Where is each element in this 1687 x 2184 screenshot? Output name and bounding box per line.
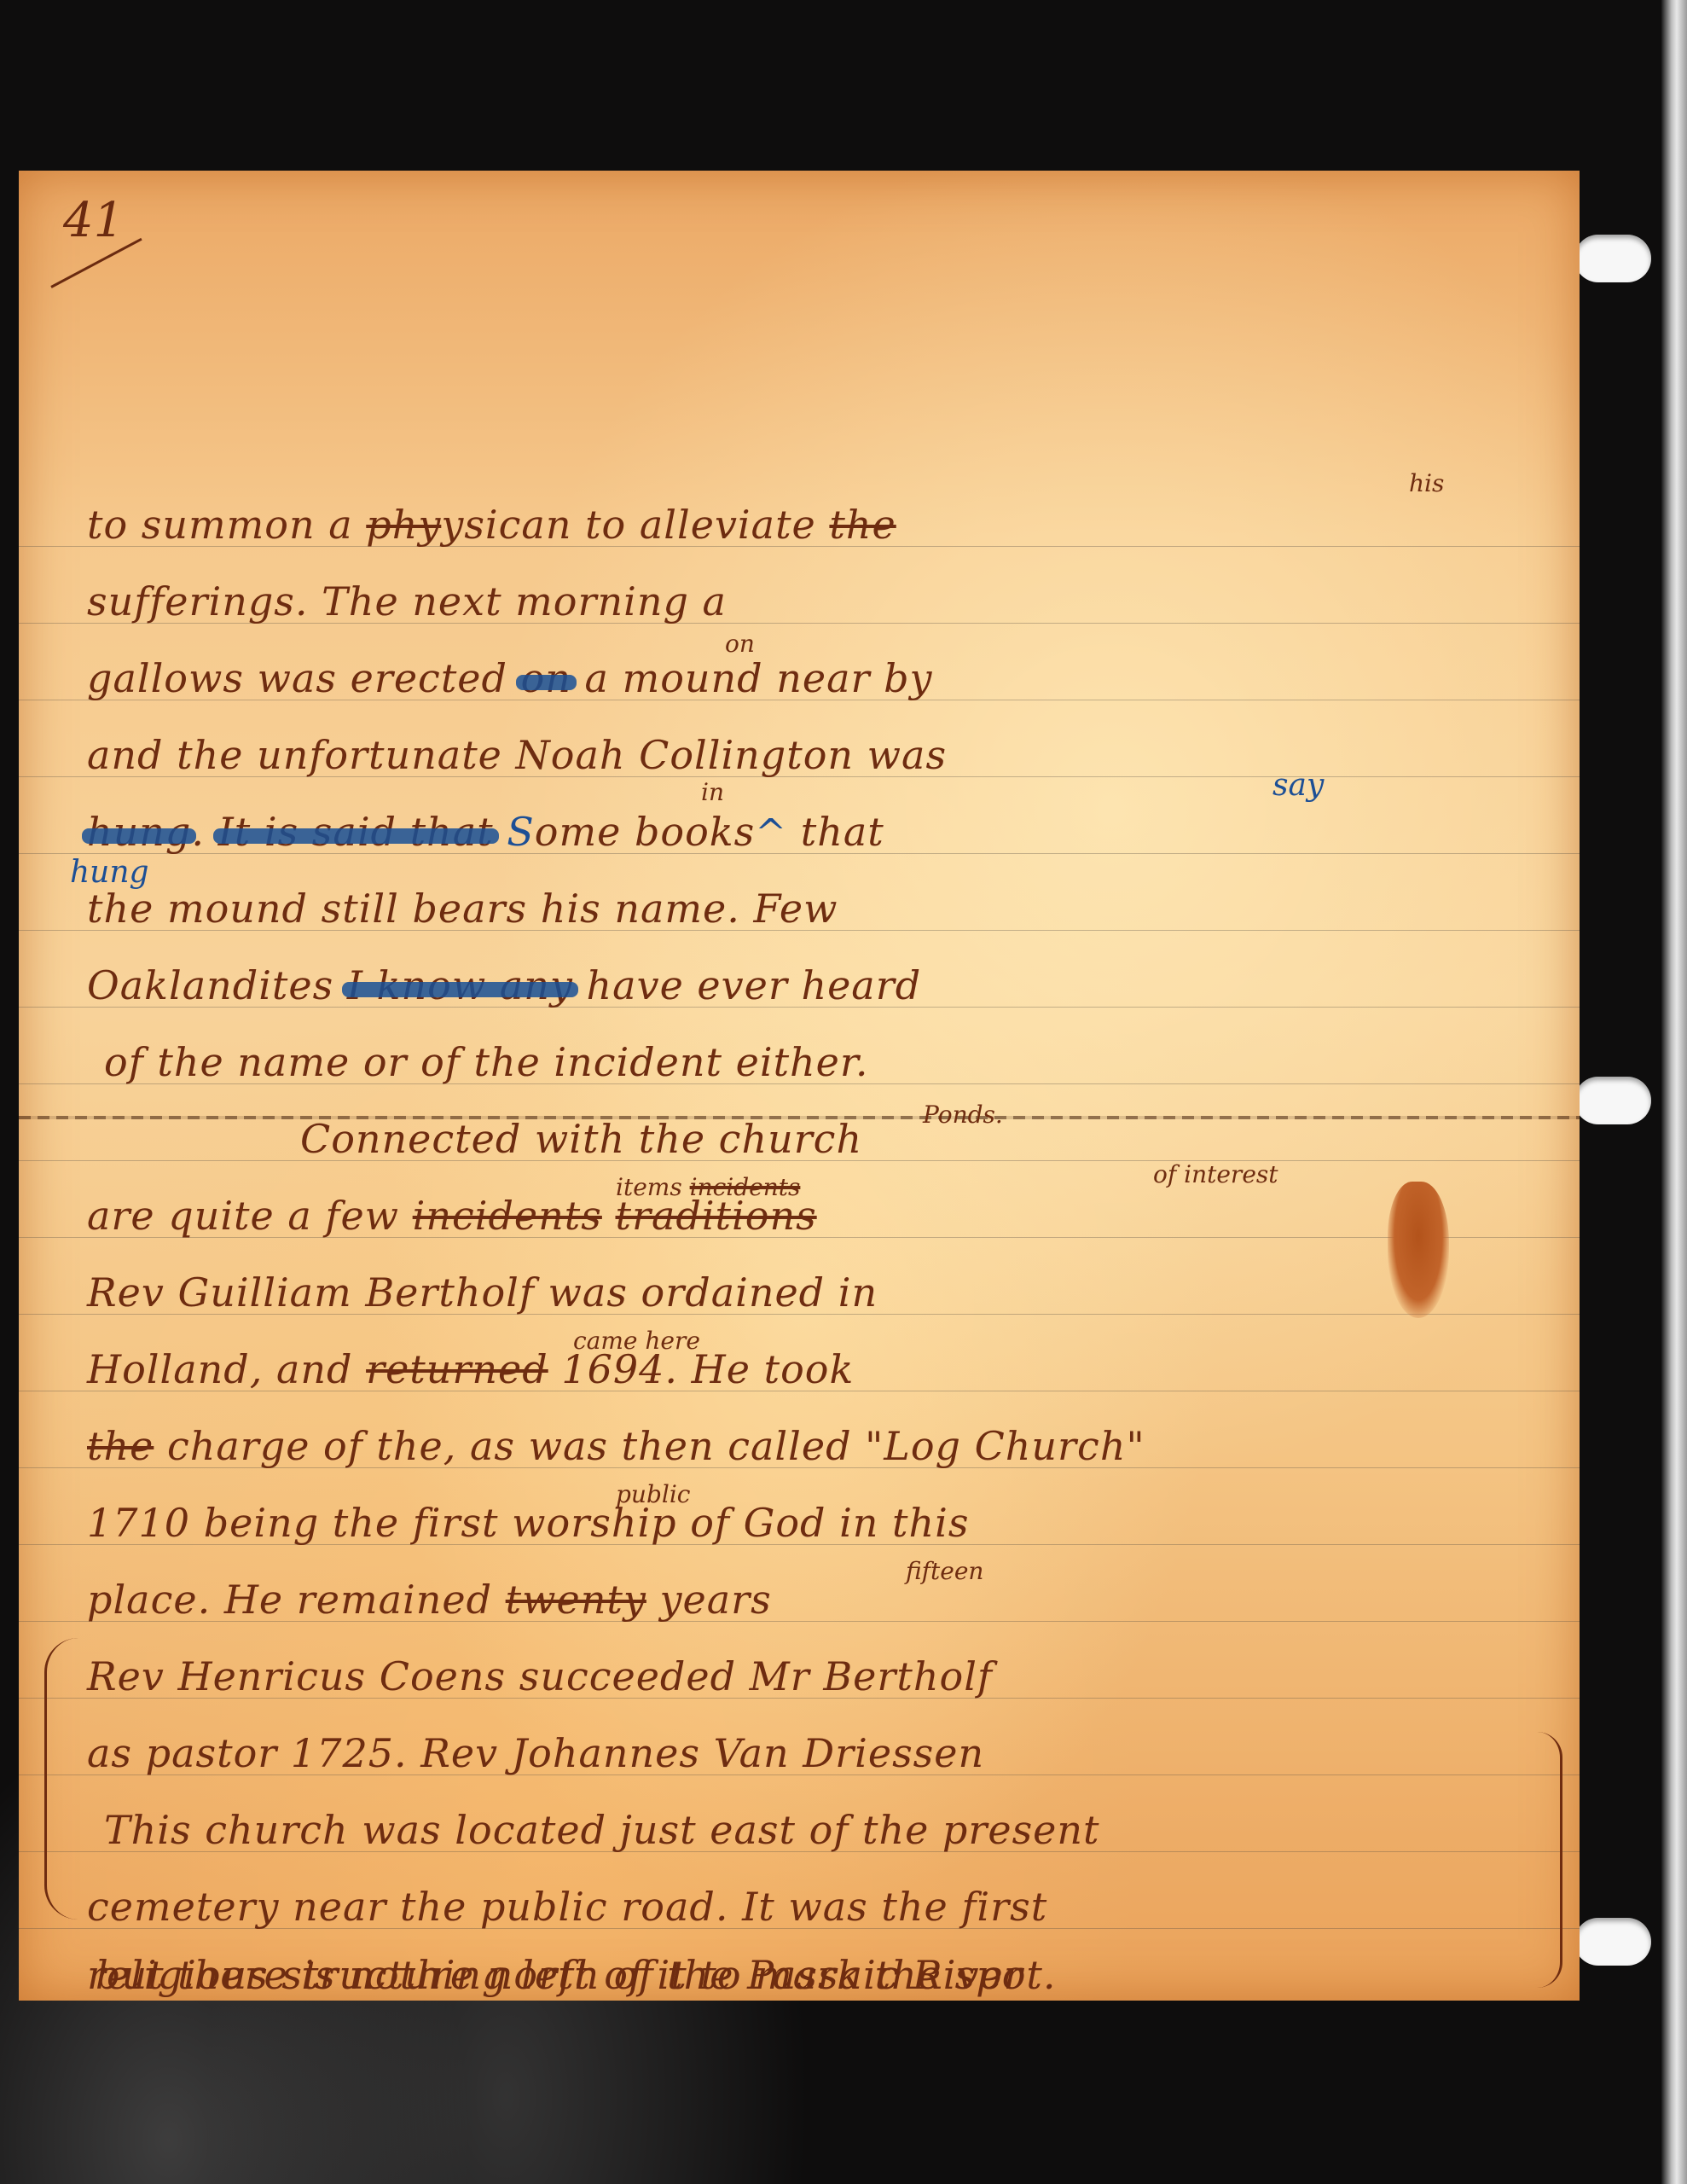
binder-hole-middle xyxy=(1574,1077,1651,1124)
margin-bracket-right xyxy=(1534,1732,1562,1988)
text-line-6: the mound still bears his name. Few xyxy=(87,889,1528,928)
sleeve-edge xyxy=(1661,0,1687,2184)
insert-hung: hung xyxy=(70,855,149,890)
binder-hole-top xyxy=(1574,235,1651,282)
text-line-1: to summon a phyysican to alleviate the xyxy=(87,505,1528,544)
insert-on: on xyxy=(725,630,755,658)
text-line-2: sufferings. The next morning a xyxy=(87,582,1528,621)
margin-bracket-left xyxy=(44,1638,81,1920)
text-line-11: Rev Guilliam Bertholf was ordained in xyxy=(87,1273,1528,1312)
text-line-18: This church was located just east of the… xyxy=(104,1810,1528,1850)
binder-hole-bottom xyxy=(1574,1918,1651,1966)
text-line-3: gallows was erected on a mound near by xyxy=(87,659,1528,698)
text-line-12: Holland, and returned 1694. He took xyxy=(87,1350,1528,1389)
text-line-19: cemetery near the public road. It was th… xyxy=(87,1887,1528,1926)
text-line-14: 1710 being the first worship of God in t… xyxy=(87,1503,1528,1542)
text-line-15: place. He remained twenty years xyxy=(87,1580,1528,1619)
text-line-13: the charge of the, as was then called "L… xyxy=(87,1426,1528,1466)
insert-say: say xyxy=(1272,768,1324,803)
insertion-caret: ^ xyxy=(755,811,787,855)
text-line-9: Connected with the church xyxy=(300,1119,1528,1159)
text-line-8: of the name or of the incident either. xyxy=(104,1043,1528,1082)
text-line-7: Oaklandites I know any have ever heard xyxy=(87,966,1528,1005)
binder-sleeve: 41 his to summon a phyysican to alleviat… xyxy=(0,0,1687,2184)
text-line-5: hung. It is said that Some books^ that xyxy=(87,812,1528,852)
insert-his: his xyxy=(1409,469,1444,497)
manuscript-page: 41 his to summon a phyysican to alleviat… xyxy=(19,171,1580,2001)
insert-in: in xyxy=(701,778,724,806)
text-line-10: are quite a few incidents traditions xyxy=(87,1196,1528,1235)
text-line-17: as pastor 1725. Rev Johannes Van Driesse… xyxy=(87,1734,1528,1773)
insert-of-interest: of interest xyxy=(1153,1160,1278,1188)
page-number: 41 xyxy=(63,193,124,248)
text-line-16: Rev Henricus Coens succeeded Mr Bertholf xyxy=(87,1657,1528,1696)
text-line-21: but there is nothing left of it to mark … xyxy=(96,1955,1568,1995)
